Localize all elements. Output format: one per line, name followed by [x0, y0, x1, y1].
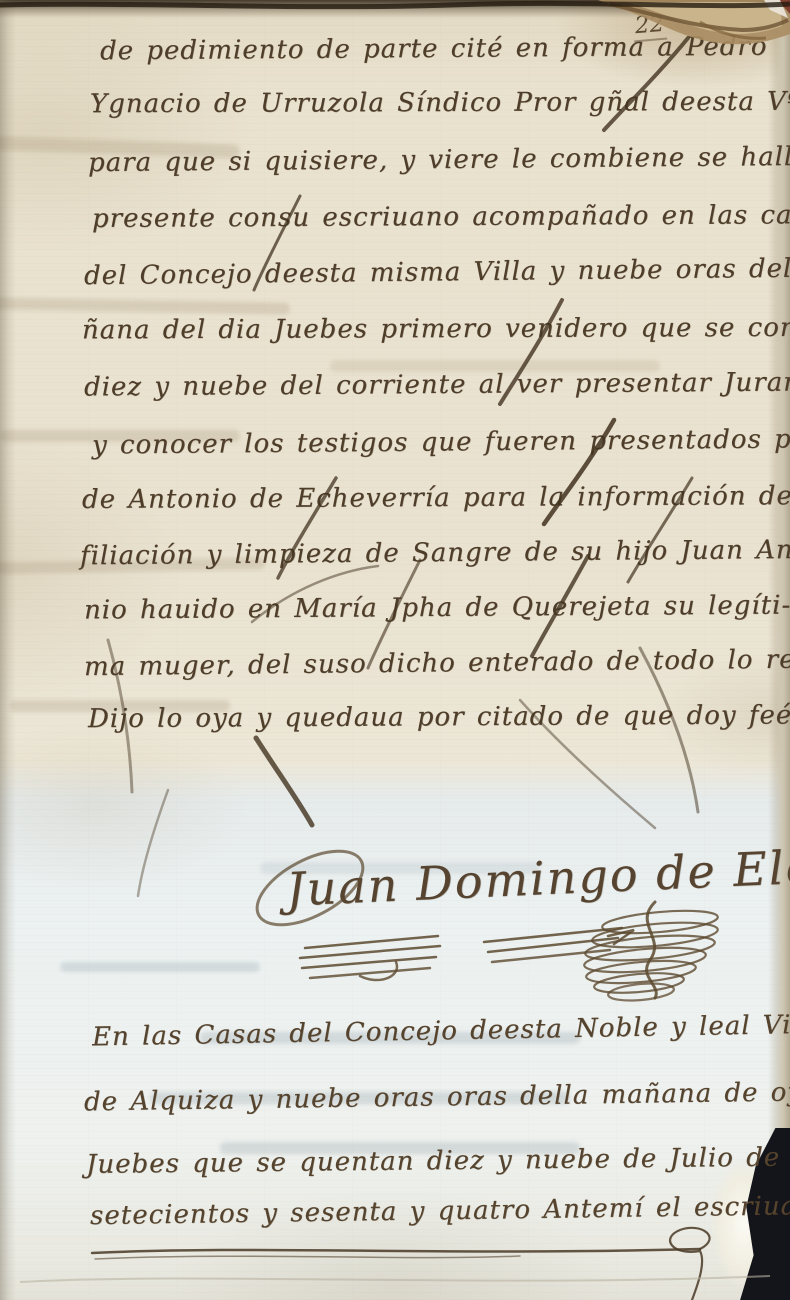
manuscript-line: de pedimiento de parte cité en forma a P… — [100, 32, 768, 67]
manuscript-line: filiación y limpieza de Sangre de su hij… — [80, 535, 790, 572]
page-edge-top — [0, 0, 790, 18]
manuscript-line: para que si quisiere, y viere le combien… — [88, 142, 790, 178]
bleedthrough-ghost — [60, 962, 260, 972]
manuscript-page: 22 de pedimiento de parte cité en forma … — [0, 0, 790, 1300]
manuscript-line: diez y nuebe del corriente al ver presen… — [84, 368, 790, 403]
manuscript-line: ñana del dia Juebes primero venidero que… — [82, 313, 790, 346]
manuscript-line: presente consu escriuano acompañado en l… — [92, 200, 790, 234]
page-edge-left — [0, 0, 16, 1300]
manuscript-line: Ygnacio de Urruzola Síndico Pror gñal de… — [90, 87, 790, 119]
manuscript-line: y conocer los testigos que fueren presen… — [92, 423, 790, 460]
manuscript-line: nio hauido en María Jpha de Querejeta su… — [84, 591, 790, 626]
manuscript-line: Dijo lo oya y quedaua por citado de que … — [88, 700, 790, 734]
manuscript-line: de Antonio de Echeverría para la informa… — [82, 481, 790, 515]
